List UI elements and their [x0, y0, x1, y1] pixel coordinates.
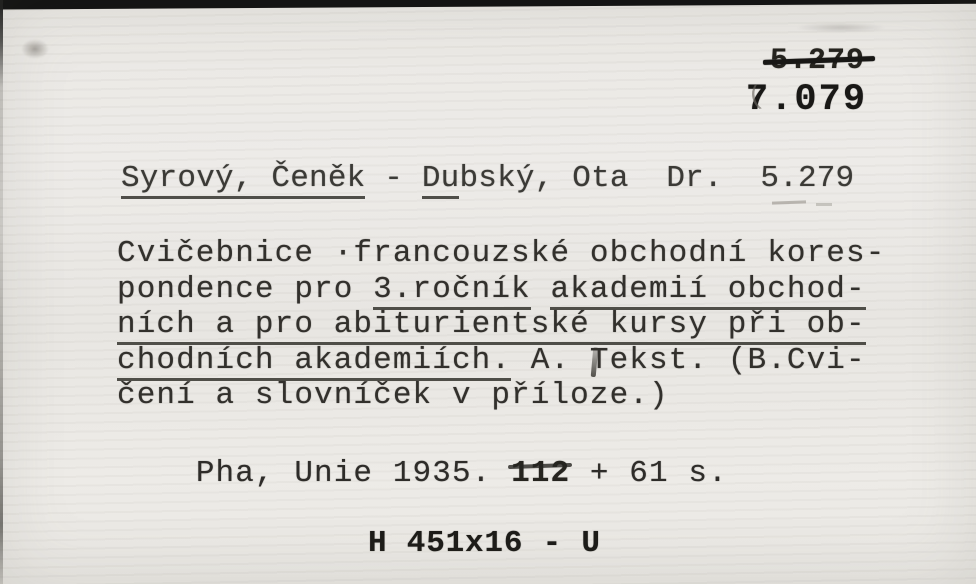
- text-segment: -: [365, 161, 421, 196]
- shelf-mark: H 451x16 - U: [368, 526, 601, 561]
- scanned-catalog-card: 5.279 7.079 ( Syrový, Čeněk - Dubský, Ot…: [0, 0, 976, 584]
- text-segment: pondence pro: [117, 272, 373, 307]
- publication-line: Pha, Unie 1935. 112 + 61 s.: [117, 421, 728, 526]
- text-segment: bský, Ota Dr. 5.279: [459, 161, 854, 196]
- faint-underline-mark: [816, 203, 832, 206]
- call-number-old-struck: 5.279: [770, 44, 865, 78]
- text-segment: akademií obchod-: [550, 272, 865, 310]
- body-line: čení a slovníček v příloze.): [117, 378, 885, 414]
- body-line: pondence pro 3.ročník akademií obchod-: [117, 272, 885, 308]
- body-line: Cvičebnice ·francouzské obchodní kores-: [117, 236, 885, 272]
- text-segment: čení a slovníček v příloze.): [117, 378, 669, 413]
- pages-overstruck: 112: [511, 456, 570, 491]
- pages-rest: 61 s.: [629, 456, 728, 491]
- text-segment: Du: [422, 161, 460, 199]
- text-segment: Syrový, Čeněk: [121, 161, 365, 199]
- text-segment: ních a pro abiturientské kursy při ob-: [117, 307, 866, 345]
- plus-sign: +: [570, 456, 629, 491]
- erased-mark: [798, 23, 884, 32]
- body-line: chodních akademiích. A. Tekst. (B.Cvi-: [117, 343, 885, 379]
- ink-smudge: [21, 39, 49, 59]
- text-segment: Cvičebnice ·francouzské obchodní kores-: [117, 236, 885, 271]
- text-segment: chodních akademiích.: [117, 343, 511, 381]
- publication-place-year: Pha, Unie 1935.: [196, 456, 511, 491]
- text-segment: 3.ročník: [373, 272, 531, 310]
- scan-top-edge: [0, 0, 976, 10]
- card-body-paragraph: Cvičebnice ·francouzské obchodní kores-p…: [117, 236, 885, 414]
- text-segment: A. Tekst. (B.Cvi-: [511, 343, 866, 378]
- body-line: ních a pro abiturientské kursy při ob-: [117, 307, 885, 343]
- scan-left-edge: [0, 0, 3, 584]
- heading-authors-line: Syrový, Čeněk - Dubský, Ota Dr. 5.279: [121, 161, 854, 196]
- text-segment: [531, 272, 551, 307]
- faint-underline-mark: [772, 200, 806, 204]
